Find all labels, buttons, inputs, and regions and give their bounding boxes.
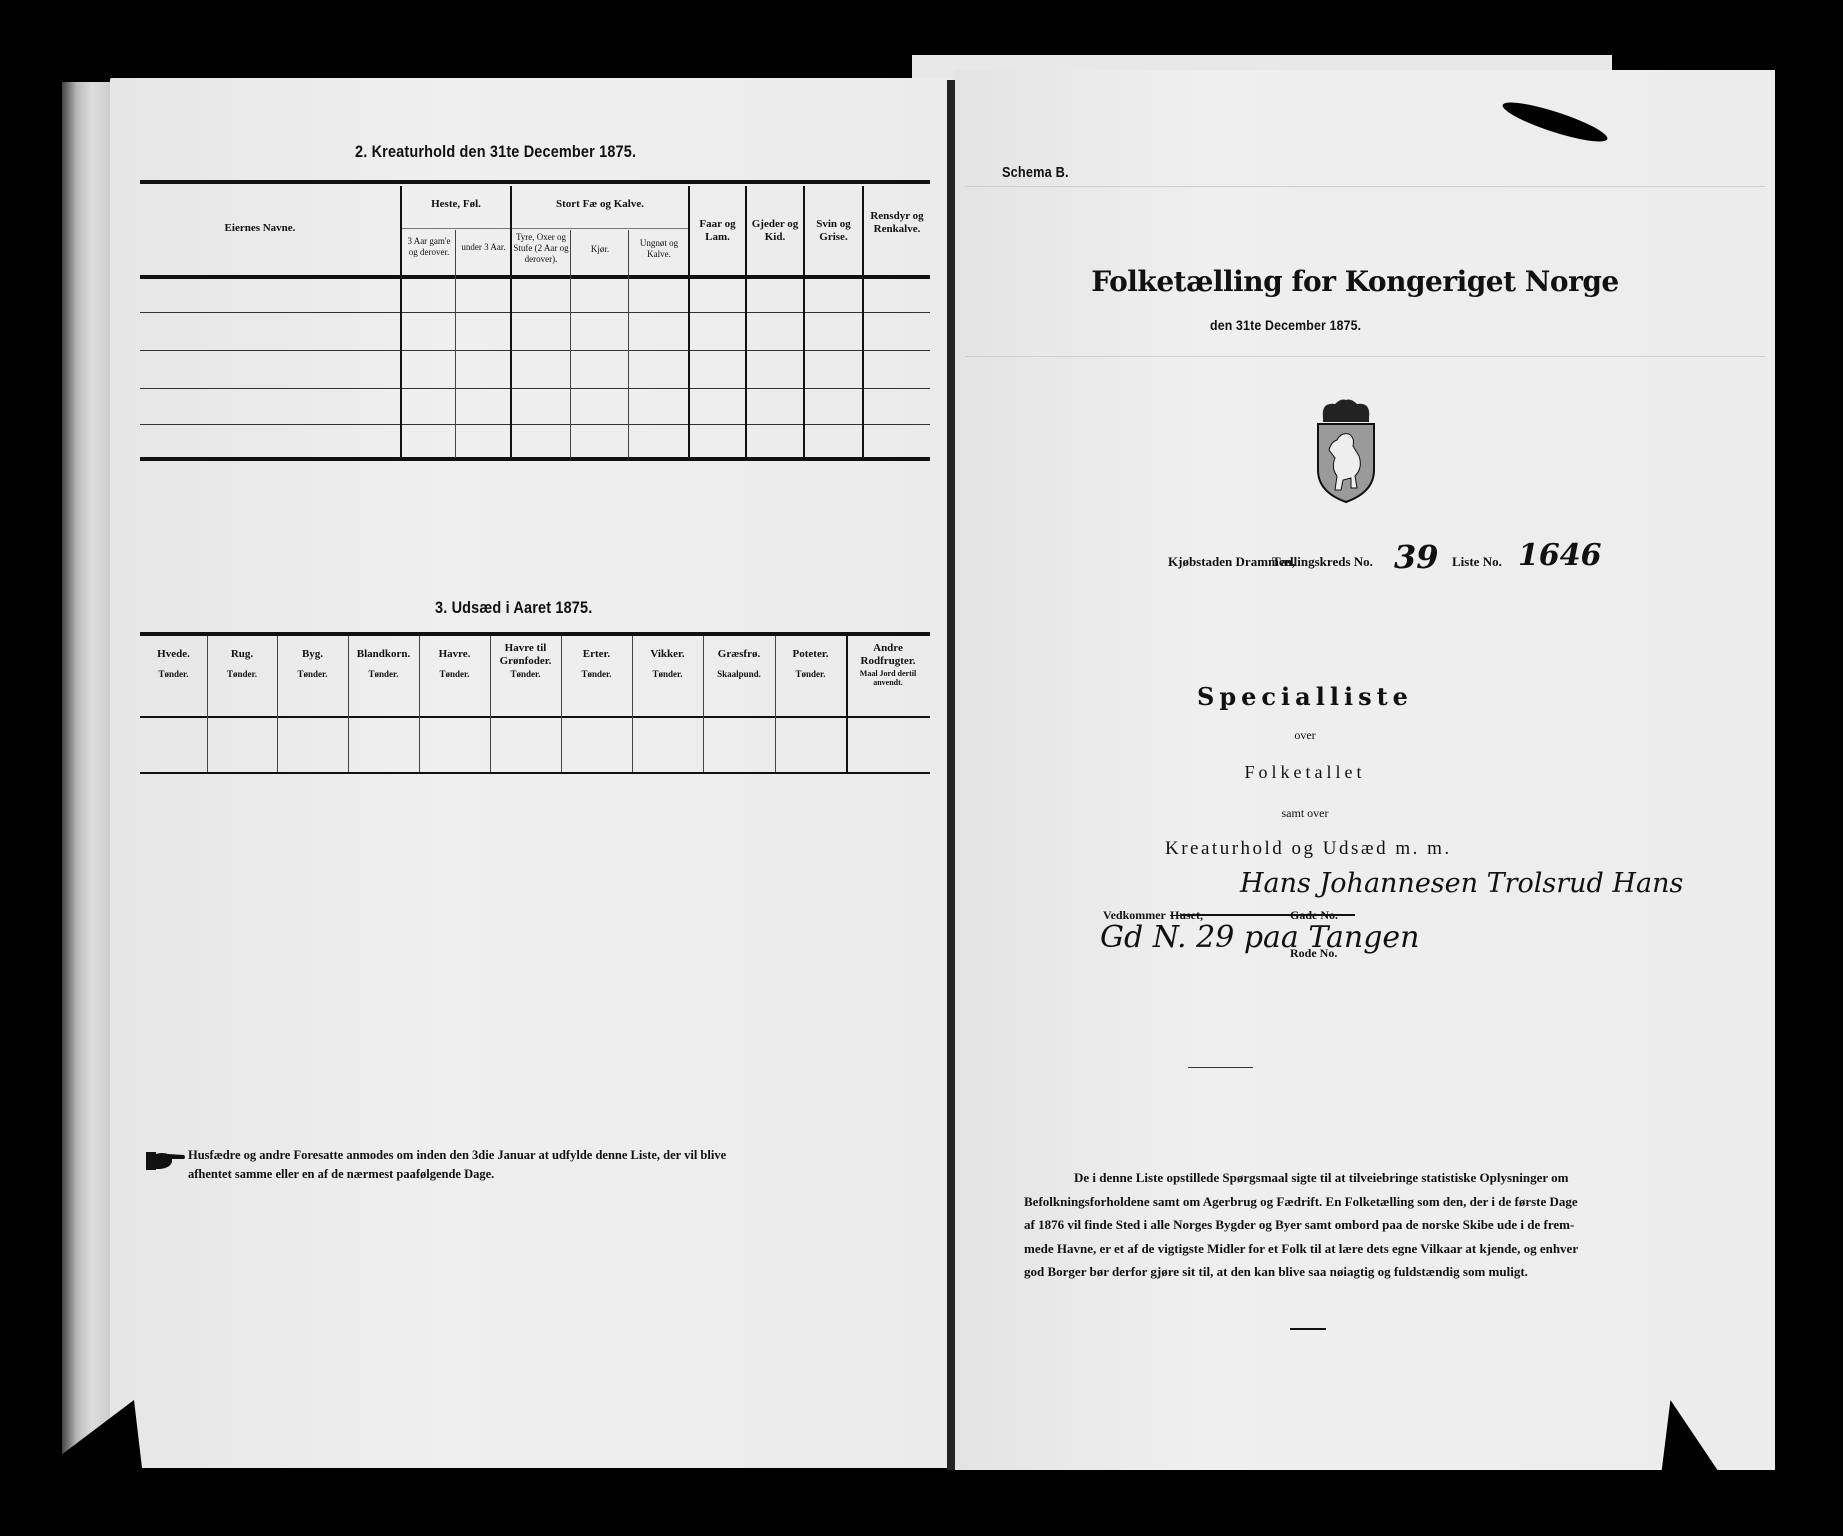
paragraph-line-1: De i denne Liste opstillede Spørgsmaal s… <box>1024 1166 1684 1190</box>
notice-text: Husfædre og andre Foresatte anmodes om i… <box>188 1146 908 1184</box>
col-unit: Skaalpund. <box>703 669 775 680</box>
notice-line-2: afhentet samme eller en af de nærmest pa… <box>188 1165 908 1184</box>
table2-col-divider <box>570 230 571 458</box>
col-label: Havre til Grønfoder. <box>490 642 561 668</box>
col-oats: Havre.Tønder. <box>419 648 490 680</box>
table2-col-divider <box>628 230 629 458</box>
col-label: Blandkorn. <box>348 648 419 661</box>
table2-header-rule <box>140 275 930 279</box>
divider-rule <box>1188 1067 1253 1068</box>
col-label: Græsfrø. <box>703 648 775 661</box>
group-horses: Heste, Føl. <box>402 198 510 211</box>
paragraph-line-4: mede Havne, er et af de vigtigste Midler… <box>1024 1237 1684 1261</box>
col-unit: Tønder. <box>348 669 419 680</box>
col-unit: Tønder. <box>775 669 846 680</box>
over-label: over <box>1255 728 1355 743</box>
col-goats: Gjeder og Kid. <box>747 218 803 244</box>
paragraph-line-2: Befolkningsforholdene samt om Agerbrug o… <box>1024 1190 1684 1214</box>
samt-over-label: samt over <box>1255 806 1355 821</box>
col-horses-3yr: 3 Aar gam'e og derover. <box>402 236 456 258</box>
district-label: Tællingskreds No. <box>1272 554 1373 570</box>
book-page-edges <box>62 82 112 1462</box>
coat-of-arms-emblem <box>1313 398 1379 508</box>
list-number-handwritten: 1646 <box>1518 538 1602 573</box>
col-label: Havre. <box>419 648 490 661</box>
col-mixed-grain: Blandkorn.Tønder. <box>348 648 419 680</box>
col-pigs: Svin og Grise. <box>805 218 862 244</box>
col-label: Andre Rodfrugter. <box>846 642 930 668</box>
group-cattle: Stort Fæ og Kalve. <box>512 198 688 211</box>
divider-rule <box>1290 1328 1326 1330</box>
col-label: Vikker. <box>632 648 703 661</box>
handwritten-owner-name: Hans Johannesen Trolsrud Hans <box>1240 868 1683 899</box>
date-line: den 31te December 1875. <box>1210 317 1361 333</box>
col-sheep: Faar og Lam. <box>690 218 745 244</box>
ghost-header-rule <box>965 186 1765 187</box>
col-bulls-oxen: Tyre, Oxer og Stufe (2 Aar og derover). <box>512 232 570 265</box>
table2-col-divider <box>455 230 456 458</box>
col-unit: Tønder. <box>632 669 703 680</box>
table2-bottom-rule <box>140 457 930 461</box>
col-potatoes: Poteter.Tønder. <box>775 648 846 680</box>
vedkommer-underline <box>1180 914 1355 916</box>
table2-col-divider <box>510 186 512 460</box>
schema-label: Schema B. <box>1002 164 1069 181</box>
col-unit: Tønder. <box>277 669 348 680</box>
paragraph-line-5: god Borger bør derfor gjøre sit til, at … <box>1024 1260 1684 1284</box>
ghost-header-rule <box>965 356 1765 357</box>
location-line: Kjøbstaden Drammen, Tællingskreds No. 39… <box>1168 540 1728 580</box>
list-label: Liste No. <box>1452 554 1502 570</box>
col-green-fodder-oats: Havre til Grønfoder.Tønder. <box>490 642 561 680</box>
section2-title: 2. Kreaturhold den 31te December 1875. <box>355 142 636 162</box>
col-unit: Maal Jord dertil anvendt. <box>846 669 930 687</box>
table2-row-rule <box>140 350 930 351</box>
col-horses-under3: under 3 Aar. <box>457 242 510 253</box>
main-title: Folketælling for Kongeriget Norge <box>1075 265 1635 298</box>
explanation-paragraph: De i denne Liste opstillede Spørgsmaal s… <box>1024 1166 1684 1284</box>
table2-row-rule <box>140 312 930 313</box>
district-number-handwritten: 39 <box>1394 538 1439 576</box>
col-vetch: Vikker.Tønder. <box>632 648 703 680</box>
notice-line-1: Husfædre og andre Foresatte anmodes om i… <box>188 1146 908 1165</box>
table2-row-rule <box>140 424 930 425</box>
table3-header-row: Hvede.Tønder. Rug.Tønder. Byg.Tønder. Bl… <box>140 648 930 718</box>
folketallet-heading: Folketallet <box>1205 762 1405 783</box>
col-label: Poteter. <box>775 648 846 661</box>
paragraph-line-3: af 1876 vil finde Sted i alle Norges Byg… <box>1024 1213 1684 1237</box>
table3-top-rule <box>140 632 930 636</box>
col-owner-names: Eiernes Navne. <box>200 222 320 235</box>
col-label: Hvede. <box>140 648 207 661</box>
table2-col-divider <box>400 186 402 460</box>
col-peas: Erter.Tønder. <box>561 648 632 680</box>
col-label: Erter. <box>561 648 632 661</box>
specialliste-heading: Specialliste <box>1155 682 1455 711</box>
col-unit: Tønder. <box>490 669 561 680</box>
col-unit: Tønder. <box>419 669 490 680</box>
rode-no-label: Rode No. <box>1290 946 1337 961</box>
section3-title: 3. Udsæd i Aaret 1875. <box>435 598 592 618</box>
table3-bottom-rule <box>140 772 930 774</box>
col-wheat: Hvede.Tønder. <box>140 648 207 680</box>
table2-row-rule <box>140 388 930 389</box>
col-rye: Rug.Tønder. <box>207 648 277 680</box>
handwritten-address: Gd N. 29 paa Tangen <box>1100 920 1420 955</box>
table2-subheader-rule <box>400 228 690 229</box>
col-unit: Tønder. <box>207 669 277 680</box>
col-young-cattle: Ungnøt og Kalve. <box>630 238 688 260</box>
col-reindeer: Rensdyr og Renkalve. <box>864 210 930 236</box>
col-label: Rug. <box>207 648 277 661</box>
pointing-hand-icon <box>146 1150 186 1172</box>
col-unit: Tønder. <box>140 669 207 680</box>
table2-top-rule <box>140 180 930 184</box>
col-other-root-crops: Andre Rodfrugter.Maal Jord dertil anvend… <box>846 642 930 687</box>
book-spine <box>947 80 955 1470</box>
col-label: Byg. <box>277 648 348 661</box>
col-barley: Byg.Tønder. <box>277 648 348 680</box>
kreaturhold-heading: Kreaturhold og Udsæd m. m. <box>1165 838 1452 860</box>
col-cows: Kjør. <box>572 244 628 255</box>
col-unit: Tønder. <box>561 669 632 680</box>
col-grass-seed: Græsfrø.Skaalpund. <box>703 648 775 680</box>
